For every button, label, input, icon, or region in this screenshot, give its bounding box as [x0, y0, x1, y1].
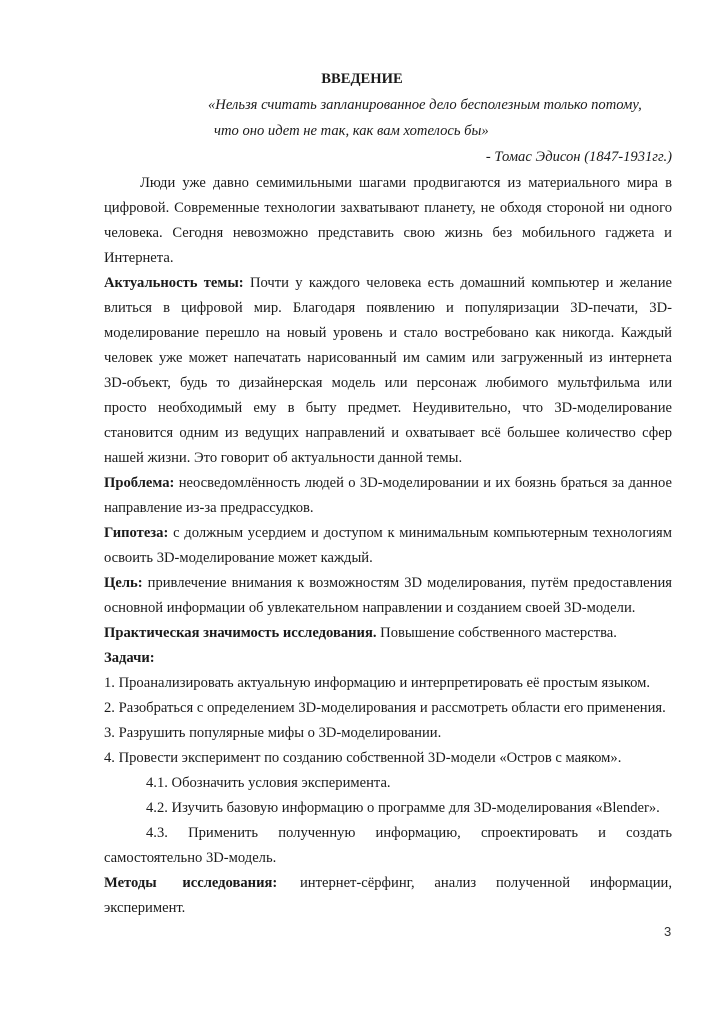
relevance-line: влиться в цифровой мир. Благодаря появле… — [104, 299, 672, 317]
task-subitem-continuation: самостоятельно 3D-модель. — [104, 849, 672, 867]
significance-paragraph: Практическая значимость исследования. По… — [104, 624, 672, 642]
problem-paragraph: Проблема: неосведомлённость людей о 3D-м… — [104, 474, 672, 492]
goal-paragraph: Цель: привлечение внимания к возможностя… — [104, 574, 672, 592]
task-item: 1. Проанализировать актуальную информаци… — [104, 674, 672, 692]
relevance-line: 3D-объект, будь то дизайнерская модель и… — [104, 374, 672, 392]
problem-text: неосведомлённость людей о 3D-моделирован… — [174, 475, 672, 491]
goal-text: привлечение внимания к возможностям 3D м… — [143, 575, 672, 591]
relevance-line: просто необходимый ему в быту предмет. Н… — [104, 399, 672, 417]
page-title: ВВЕДЕНИЕ — [0, 70, 724, 88]
task-subitem: 4.3. Применить полученную информацию, сп… — [146, 824, 672, 842]
methods-text: интернет-сёрфинг, анализ полученной инфо… — [300, 874, 672, 892]
relevance-paragraph: Актуальность темы: Почти у каждого челов… — [104, 274, 672, 292]
hypothesis-line: освоить 3D-моделирование может каждый. — [104, 549, 672, 567]
epigraph-line-2: что оно идет не так, как вам хотелось бы… — [214, 122, 664, 140]
relevance-text: Почти у каждого человека есть домашний к… — [244, 275, 672, 291]
hypothesis-paragraph: Гипотеза: с должным усердием и доступом … — [104, 524, 672, 542]
significance-text: Повышение собственного мастерства. — [377, 625, 617, 641]
document-page: ВВЕДЕНИЕ «Нельзя считать запланированное… — [0, 0, 724, 1024]
task-item: 4. Провести эксперимент по созданию собс… — [104, 749, 672, 767]
methods-label: Методы исследования: — [104, 874, 277, 892]
relevance-line: становится одним из ведущих направлений … — [104, 424, 672, 442]
task-subitem: 4.2. Изучить базовую информацию о програ… — [146, 799, 672, 817]
task-item: 2. Разобраться с определением 3D-моделир… — [104, 699, 672, 717]
significance-label: Практическая значимость исследования. — [104, 625, 377, 641]
epigraph-line-1: «Нельзя считать запланированное дело бес… — [208, 96, 658, 114]
tasks-heading: Задачи: — [104, 649, 672, 667]
intro-line: человека. Сегодня невозможно представить… — [104, 224, 672, 242]
relevance-line: человек уже может напечатать нарисованны… — [104, 349, 672, 367]
intro-line: цифровой. Современные технологии захваты… — [104, 199, 672, 217]
hypothesis-text: с должным усердием и доступом к минималь… — [168, 525, 672, 541]
hypothesis-label: Гипотеза: — [104, 525, 168, 541]
problem-line: направление из-за предрассудков. — [104, 499, 672, 517]
intro-line: Интернета. — [104, 249, 672, 267]
relevance-label: Актуальность темы: — [104, 275, 244, 291]
intro-line: Люди уже давно семимильными шагами продв… — [140, 174, 672, 192]
epigraph-author: - Томас Эдисон (1847-1931гг.) — [300, 148, 672, 166]
relevance-line: моделирование перешло на новый уровень и… — [104, 324, 672, 342]
goal-label: Цель: — [104, 575, 143, 591]
methods-paragraph: Методы исследования: интернет-сёрфинг, а… — [104, 874, 672, 892]
tasks-label: Задачи: — [104, 650, 155, 666]
task-subitem: 4.1. Обозначить условия эксперимента. — [146, 774, 672, 792]
relevance-line: нашей жизни. Это говорит об актуальности… — [104, 449, 672, 467]
problem-label: Проблема: — [104, 475, 174, 491]
task-item: 3. Разрушить популярные мифы о 3D-модели… — [104, 724, 672, 742]
methods-line: эксперимент. — [104, 899, 672, 917]
goal-line: основной информации об увлекательном нап… — [104, 599, 672, 617]
page-number: 3 — [664, 924, 671, 939]
